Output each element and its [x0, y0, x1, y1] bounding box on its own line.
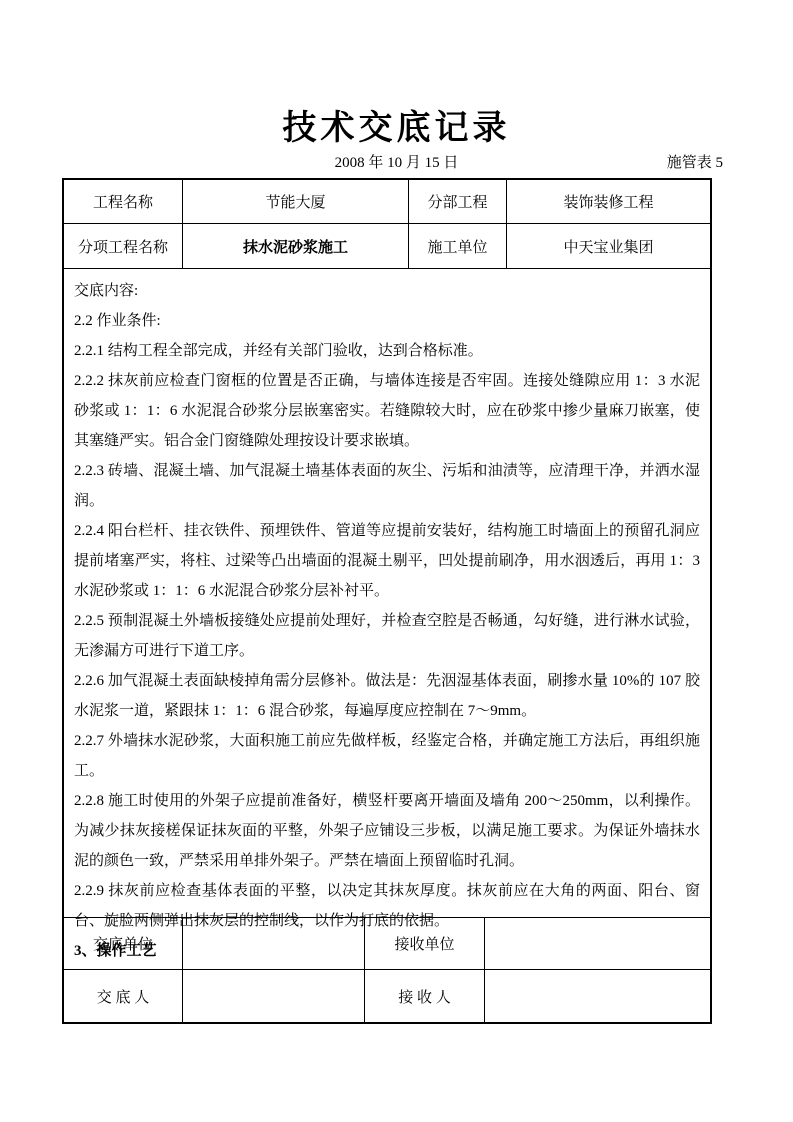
receiving-unit-label: 接收单位 — [365, 918, 485, 970]
disclosing-unit-field — [183, 918, 365, 970]
sub-project-name-label: 分项工程名称 — [64, 224, 183, 269]
content-paragraph: 2.2.4 阳台栏杆、挂衣铁件、预埋铁件、管道等应提前安装好，结构施工时墙面上的… — [74, 516, 700, 606]
disclosure-content-label: 交底内容: — [74, 276, 700, 306]
sign-table-row-2: 交 底 人 接 收 人 — [64, 970, 710, 1022]
content-paragraph: 2.2.5 预制混凝土外墙板接缝处应提前处理好，并检查空腔是否畅通，勾好缝，进行… — [74, 606, 700, 666]
document-page: 技术交底记录 2008 年 10 月 15 日 施管表 5 工程名称 节能大厦 … — [0, 0, 793, 1122]
construction-unit-value: 中天宝业集团 — [507, 224, 710, 269]
discloser-field — [183, 970, 365, 1022]
project-name-label: 工程名称 — [64, 180, 183, 224]
content-paragraph: 2.2.2 抹灰前应检查门窗框的位置是否正确，与墙体连接是否牢固。连接处缝隙应用… — [74, 366, 700, 456]
meta-row: 2008 年 10 月 15 日 施管表 5 — [0, 151, 793, 173]
disclosure-content-cell: 交底内容: 2.2 作业条件: 2.2.1 结构工程全部完成，并经有关部门验收，… — [64, 269, 710, 918]
content-paragraph: 2.2.6 加气混凝土表面缺棱掉角需分层修补。做法是：先洇湿基体表面，刷掺水量 … — [74, 666, 700, 726]
receiver-field — [485, 970, 710, 1022]
info-table-row-1: 工程名称 节能大厦 分部工程 装饰装修工程 — [64, 180, 710, 224]
sign-table-row-1: 交底单位 接收单位 — [64, 918, 710, 970]
info-table-row-2: 分项工程名称 抹水泥砂浆施工 施工单位 中天宝业集团 — [64, 224, 710, 269]
content-paragraph: 2.2.8 施工时使用的外架子应提前准备好，横竖杆要离开墙面及墙角 200～25… — [74, 786, 700, 876]
sub-project-name-value: 抹水泥砂浆施工 — [183, 224, 409, 269]
receiver-label: 接 收 人 — [365, 970, 485, 1022]
disclosing-unit-label: 交底单位 — [64, 918, 183, 970]
division-work-value: 装饰装修工程 — [507, 180, 710, 224]
form-code: 施管表 5 — [667, 151, 723, 172]
content-paragraph: 2.2 作业条件: — [74, 306, 700, 336]
discloser-label: 交 底 人 — [64, 970, 183, 1022]
receiving-unit-field — [485, 918, 710, 970]
project-name-value: 节能大厦 — [183, 180, 409, 224]
division-work-label: 分部工程 — [409, 180, 507, 224]
construction-unit-label: 施工单位 — [409, 224, 507, 269]
content-paragraph: 2.2.7 外墙抹水泥砂浆，大面积施工前应先做样板，经鉴定合格，并确定施工方法后… — [74, 726, 700, 786]
main-table: 工程名称 节能大厦 分部工程 装饰装修工程 分项工程名称 抹水泥砂浆施工 施工单… — [62, 178, 712, 1024]
document-title: 技术交底记录 — [0, 100, 793, 149]
content-paragraph: 2.2.3 砖墙、混凝土墙、加气混凝土墙基体表面的灰尘、污垢和油渍等，应清理干净… — [74, 456, 700, 516]
content-paragraph: 2.2.1 结构工程全部完成，并经有关部门验收，达到合格标准。 — [74, 336, 700, 366]
